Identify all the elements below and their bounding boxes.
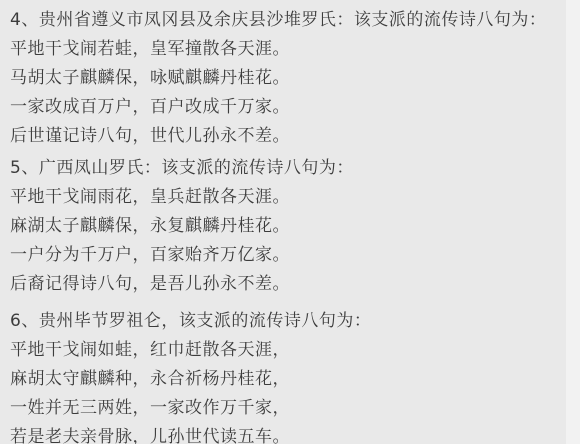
poem-line: 后裔记得诗八句，是吾儿孙永不差。 [10,270,568,299]
section-heading: 5、广西凤山罗氏：该支派的流传诗八句为： [10,154,568,183]
section-4: 4、贵州省遵义市凤冈县及余庆县沙堆罗氏：该支派的流传诗八句为： 平地干戈闹若蛙，… [10,6,568,151]
section-6: 6、贵州毕节罗祖仑，该支派的流传诗八句为： 平地干戈闹如蛙，红巾赶散各天涯， 麻… [10,307,568,444]
poem-line: 平地干戈闹雨花，皇兵赶散各天涯。 [10,183,568,212]
poem-line: 麻胡太守麒麟种，永合祈杨丹桂花， [10,365,568,394]
poem-line: 若是老夫亲骨脉，儿孙世代读五车。 [10,423,568,444]
poem-line: 平地干戈闹如蛙，红巾赶散各天涯， [10,336,568,365]
document-body: 4、贵州省遵义市凤冈县及余庆县沙堆罗氏：该支派的流传诗八句为： 平地干戈闹若蛙，… [0,0,568,444]
poem-line: 一家改成百万户，百户改成千万家。 [10,93,568,122]
section-heading: 6、贵州毕节罗祖仑，该支派的流传诗八句为： [10,307,568,336]
section-5: 5、广西凤山罗氏：该支派的流传诗八句为： 平地干戈闹雨花，皇兵赶散各天涯。 麻湖… [10,154,568,299]
poem-line: 平地干戈闹若蛙，皇军撞散各天涯。 [10,35,568,64]
section-heading: 4、贵州省遵义市凤冈县及余庆县沙堆罗氏：该支派的流传诗八句为： [10,6,568,35]
poem-line: 麻湖太子麒麟保，永复麒麟丹桂花。 [10,212,568,241]
poem-line: 马胡太子麒麟保，咏赋麒麟丹桂花。 [10,64,568,93]
poem-line: 一户分为千万户，百家贻齐万亿家。 [10,241,568,270]
poem-line: 一姓并无三两姓，一家改作万千家， [10,394,568,423]
poem-line: 后世谨记诗八句，世代儿孙永不差。 [10,122,568,151]
right-gutter [566,0,580,444]
